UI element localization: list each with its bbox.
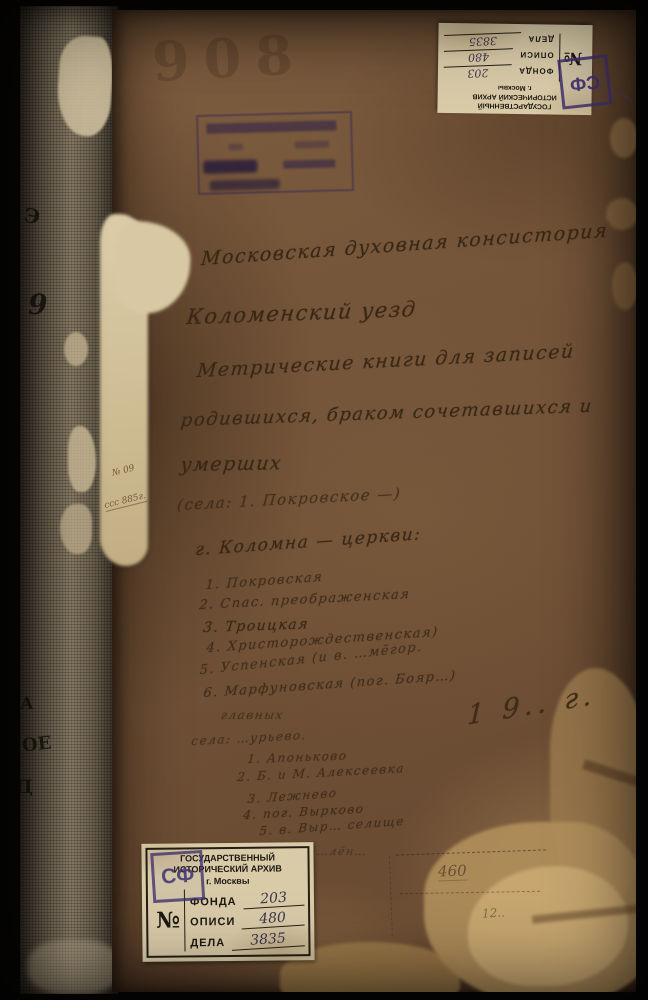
sf-stamp: СФ — [557, 54, 612, 109]
faded-rect-stamp — [196, 111, 354, 195]
sf-stamp-text: СФ — [160, 864, 195, 890]
stamp-ink-blot — [203, 159, 257, 173]
spine-ink-mark: ОЕ — [21, 733, 52, 757]
label-row-delo: ДЕЛА 3835 — [190, 931, 304, 949]
edge-chip — [606, 198, 636, 230]
label-row-delo: ДЕЛА 3835 — [444, 33, 554, 49]
spine-ink-mark: Э — [22, 203, 43, 230]
spine-worn-patch — [28, 940, 118, 994]
delo-label: ДЕЛА — [527, 34, 554, 43]
spine-worn-patch — [55, 34, 116, 138]
spine-ink-mark: Д — [20, 776, 33, 798]
spine-worn-patch — [64, 332, 88, 366]
delo-value: 3835 — [231, 929, 305, 951]
handwriting-line: умерших — [179, 452, 283, 476]
label-row-fond: ФОНДА 203 — [444, 65, 554, 81]
stamp-smudge-line — [283, 159, 335, 168]
ghost-number: 908 — [150, 22, 308, 94]
opis-value: 480 — [444, 48, 514, 65]
label-row-fond: ФОНДА 203 — [190, 890, 304, 908]
label-row-opis: ОПИСИ 480 — [444, 49, 554, 65]
delo-value: 3835 — [444, 32, 522, 49]
fond-label: ФОНДА — [518, 66, 553, 75]
stamp-smudge-line — [295, 141, 329, 149]
archive-label-top: ГОСУДАРСТВЕННЫЙ ИСТОРИЧЕСКИЙ АРХИВ г. Мо… — [437, 23, 592, 115]
archive-label-bottom: ГОСУДАРСТВЕННЫЙ ИСТОРИЧЕСКИЙ АРХИВ г. Мо… — [141, 842, 314, 962]
opis-label: ОПИСИ — [519, 50, 553, 59]
fond-value: 203 — [444, 64, 513, 81]
spine-worn-patch — [60, 504, 92, 554]
photo-archival-book-cover: Э 9 А ОЕ Д № 09 ссс 885г. 908 Московская… — [0, 0, 648, 1000]
opis-value: 480 — [241, 909, 305, 930]
delo-label: ДЕЛА — [190, 937, 225, 949]
stamp-smudge-line — [229, 144, 243, 150]
edge-chip — [610, 118, 636, 158]
sf-stamp: СФ — [150, 850, 205, 903]
spine-ink-mark: А — [20, 694, 34, 714]
handwriting-line: главных — [220, 708, 285, 722]
pencil-mark: 460 — [438, 862, 467, 882]
spine-ink-mark: 9 — [28, 288, 47, 321]
fond-value: 203 — [242, 888, 304, 909]
pencil-mark: 12.. — [482, 905, 506, 920]
stamp-ink-blot — [210, 179, 280, 191]
opis-label: ОПИСИ — [190, 916, 235, 928]
spine-worn-patch — [68, 426, 96, 492]
sf-stamp-text: СФ — [569, 69, 601, 94]
stamp-smudge-line — [206, 120, 336, 133]
label-row-opis: ОПИСИ 480 — [190, 910, 304, 928]
edge-chip — [612, 262, 636, 310]
